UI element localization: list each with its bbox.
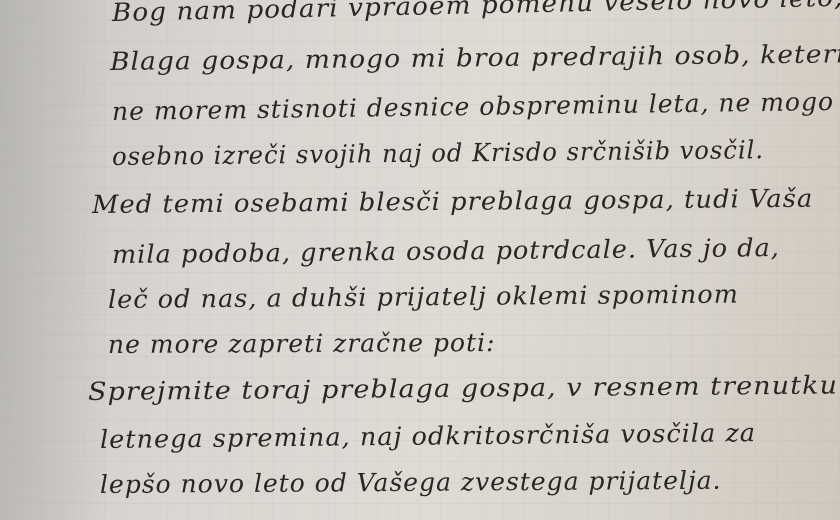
letter-line-6: mila podoba, grenka osoda potrdcale. Vas… xyxy=(112,233,780,269)
letter-line-5: Med temi osebami blesči preblaga gospa, … xyxy=(92,184,814,219)
letter-line-7: leč od nas, a duhši prijatelj oklemi spo… xyxy=(108,279,739,314)
letter-line-4: osebno izreči svojih naj od Krisdo srčni… xyxy=(112,135,764,171)
letter-line-2: Blaga gospa, mnogo mi broa predrajih oso… xyxy=(110,39,840,76)
letter-line-11: lepšo novo leto od Vašega zvestega prija… xyxy=(100,466,722,499)
letter-line-9: Sprejmite toraj preblaga gospa, v resnem… xyxy=(88,370,838,406)
handwritten-letter: Bog nam podari vpraoem pomenu veselo nov… xyxy=(0,0,840,520)
letter-line-1: Bog nam podari vpraoem pomenu veselo nov… xyxy=(112,0,840,27)
letter-line-3: ne morem stisnoti desnice obspreminu let… xyxy=(112,87,834,126)
letter-line-10: letnega spremina, naj odkritosrčniša vos… xyxy=(100,418,756,454)
letter-line-8: ne more zapreti zračne poti: xyxy=(108,328,496,359)
